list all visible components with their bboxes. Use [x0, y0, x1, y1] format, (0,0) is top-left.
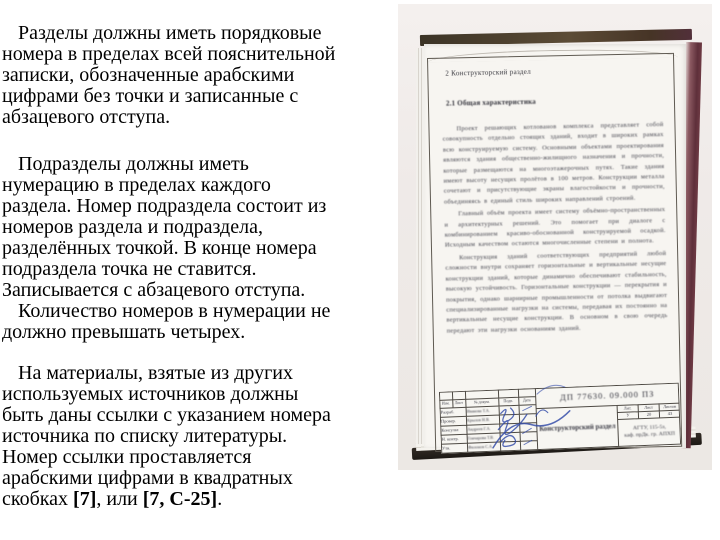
document-photo: 2 Конструкторский раздел 2.1 Общая харак…	[398, 0, 720, 540]
paragraph-number-limit: Количество номеров в нумерации не должно…	[2, 301, 410, 343]
slide-text-column: Разделы должны иметь порядковые номера в…	[2, 23, 410, 510]
page-body-text: Проект решающих котлованов комплекса пре…	[442, 120, 667, 339]
paragraph-section-numbering: Разделы должны иметь порядковые номера в…	[2, 23, 410, 128]
title-block: ДП 77630. 09.000 ПЗ Конструкторский разд…	[439, 383, 681, 454]
reference-period: .	[217, 488, 222, 510]
ink-signatures	[439, 383, 681, 454]
page-body-paragraph: Конструкция зданий соответствующих предп…	[445, 249, 668, 337]
page-body-paragraph: Главный объём проекта имеет систему объё…	[444, 205, 666, 251]
paragraph-source-references: На материалы, взятые из других используе…	[2, 363, 410, 510]
page-subsection-heading: 2.1 Общая характеристика	[446, 98, 536, 108]
page-body-paragraph: Проект решающих котлованов комплекса пре…	[442, 120, 665, 208]
presentation-slide: Разделы должны иметь порядковые номера в…	[0, 0, 720, 540]
reference-separator: , или	[96, 488, 142, 510]
page-drawing-frame: 2 Конструкторский раздел 2.1 Общая харак…	[427, 53, 682, 452]
paragraph-subsection-numbering: Подразделы должны иметь нумерацию в пред…	[2, 154, 410, 301]
reference-example-1: [7]	[73, 488, 96, 510]
page-section-heading: 2 Конструкторский раздел	[445, 68, 531, 78]
reference-example-2: [7, С-25]	[143, 488, 217, 510]
